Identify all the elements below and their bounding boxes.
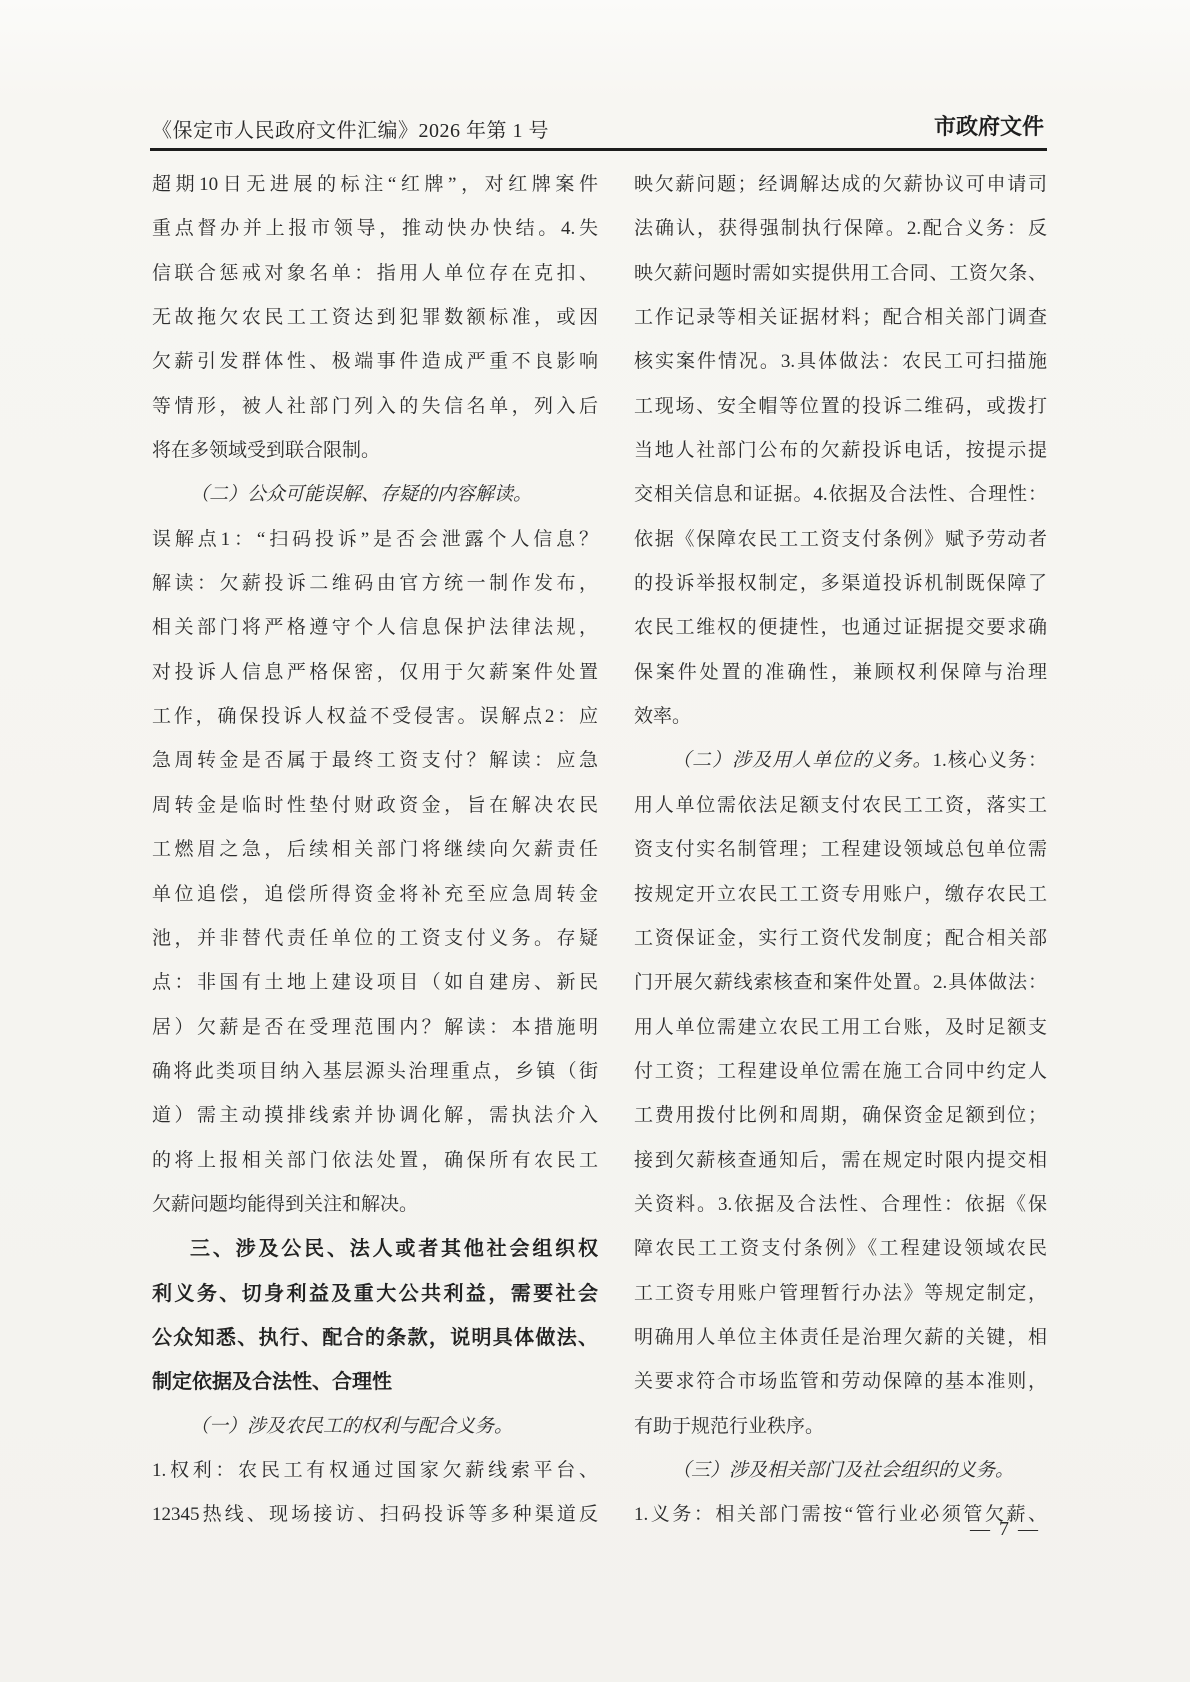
- text-run: 误解点1：“扫码投诉”是否会泄露个人信息？: [152, 529, 598, 550]
- text-run: 急周转金是否属于最终工资支付？解读：应急: [152, 750, 598, 771]
- text-run: （一）涉及农民工的权利与配合义务。: [190, 1416, 513, 1437]
- text-run: 周转金是临时性垫付财政资金，旨在解决农民: [152, 795, 598, 816]
- text-line: 工资保证金，实行工资代发制度；配合相关部: [634, 917, 1047, 961]
- text-run: 1.权利：农民工有权通过国家欠薪线索平台、: [152, 1460, 598, 1481]
- text-run: 欠薪引发群体性、极端事件造成严重不良影响: [152, 351, 598, 372]
- page-number: — 7 —: [970, 1518, 1040, 1541]
- text-run: 制定依据及合法性、合理性: [152, 1371, 392, 1393]
- text-line: 三、涉及公民、法人或者其他社会组织权: [152, 1227, 598, 1271]
- text-line: 关要求符合市场监管和劳动保障的基本准则，: [634, 1360, 1047, 1404]
- text-run: 有助于规范行业秩序。: [634, 1416, 824, 1437]
- text-run: 的投诉举报权制定，多渠道投诉机制既保障了: [634, 573, 1047, 594]
- text-run: 工工资专用账户管理暂行办法》等规定制定，: [634, 1283, 1047, 1304]
- text-run: 道）需主动摸排线索并协调化解，需执法介入: [152, 1105, 598, 1126]
- text-line: 信联合惩戒对象名单：指用人单位存在克扣、: [152, 252, 598, 296]
- text-run: 关资料。3.依据及合法性、合理性：依据《保: [634, 1194, 1047, 1215]
- text-line: 点：非国有土地上建设项目（如自建房、新民: [152, 961, 598, 1005]
- text-line: 重点督办并上报市领导，推动快办快结。4.失: [152, 207, 598, 251]
- header-rule: [150, 148, 1047, 151]
- text-run: 依据《保障农民工工资支付条例》赋予劳动者: [634, 529, 1047, 550]
- text-line: 付工资；工程建设单位需在施工合同中约定人: [634, 1050, 1047, 1094]
- text-run: 超期10日无进展的标注“红牌”，对红牌案件: [152, 174, 598, 195]
- text-line: 效率。: [634, 695, 1047, 739]
- text-run: 确将此类项目纳入基层源头治理重点，乡镇（街: [152, 1061, 598, 1082]
- text-run: 工作，确保投诉人权益不受侵害。误解点2：应: [152, 706, 598, 727]
- text-line: 法确认，获得强制执行保障。2.配合义务：反: [634, 207, 1047, 251]
- text-run: 信联合惩戒对象名单：指用人单位存在克扣、: [152, 263, 598, 284]
- text-line: 相关部门将严格遵守个人信息保护法律法规，: [152, 606, 598, 650]
- text-line: 单位追偿，追偿所得资金将补充至应急周转金: [152, 873, 598, 917]
- left-column: 超期10日无进展的标注“红牌”，对红牌案件重点督办并上报市领导，推动快办快结。4…: [152, 163, 598, 1538]
- text-line: 映欠薪问题时需如实提供用工合同、工资欠条、: [634, 252, 1047, 296]
- text-run: 核实案件情况。3.具体做法：农民工可扫描施: [634, 351, 1047, 372]
- text-line: （二）公众可能误解、存疑的内容解读。: [152, 473, 598, 517]
- text-run: 将在多领域受到联合限制。: [152, 440, 380, 461]
- text-line: 1.权利：农民工有权通过国家欠薪线索平台、: [152, 1449, 598, 1493]
- text-line: 工燃眉之急，后续相关部门将继续向欠薪责任: [152, 828, 598, 872]
- text-line: 确将此类项目纳入基层源头治理重点，乡镇（街: [152, 1050, 598, 1094]
- text-line: 利义务、切身利益及重大公共利益，需要社会: [152, 1272, 598, 1316]
- text-run: 付工资；工程建设单位需在施工合同中约定人: [634, 1061, 1047, 1082]
- text-run: 障农民工工资支付条例》《工程建设领域农民: [634, 1238, 1047, 1259]
- text-line: 工作，确保投诉人权益不受侵害。误解点2：应: [152, 695, 598, 739]
- text-line: 资支付实名制管理；工程建设领域总包单位需: [634, 828, 1047, 872]
- text-line: 欠薪引发群体性、极端事件造成严重不良影响: [152, 340, 598, 384]
- text-run: 农民工维权的便捷性，也通过证据提交要求确: [634, 617, 1047, 638]
- text-line: （一）涉及农民工的权利与配合义务。: [152, 1405, 598, 1449]
- text-run: 工燃眉之急，后续相关部门将继续向欠薪责任: [152, 839, 598, 860]
- text-run: 保案件处置的准确性，兼顾权利保障与治理: [634, 662, 1047, 683]
- text-run: 当地人社部门公布的欠薪投诉电话，按提示提: [634, 440, 1047, 461]
- text-run: 池，并非替代责任单位的工资支付义务。存疑: [152, 928, 598, 949]
- text-run: 工作记录等相关证据材料；配合相关部门调查: [634, 307, 1047, 328]
- text-run: 用人单位需建立农民工用工台账，及时足额支: [634, 1017, 1047, 1038]
- text-line: 解读：欠薪投诉二维码由官方统一制作发布，: [152, 562, 598, 606]
- text-run: 关要求符合市场监管和劳动保障的基本准则，: [634, 1371, 1047, 1392]
- text-run: 接到欠薪核查通知后，需在规定时限内提交相: [634, 1150, 1047, 1171]
- text-line: 按规定开立农民工工资专用账户，缴存农民工: [634, 873, 1047, 917]
- text-run: 映欠薪问题；经调解达成的欠薪协议可申请司: [634, 174, 1047, 195]
- text-run: 无故拖欠农民工工资达到犯罪数额标准，或因: [152, 307, 598, 328]
- text-run: 点：非国有土地上建设项目（如自建房、新民: [152, 972, 598, 993]
- text-line: 道）需主动摸排线索并协调化解，需执法介入: [152, 1094, 598, 1138]
- header-document-category: 市政府文件: [934, 110, 1044, 141]
- text-line: 对投诉人信息严格保密，仅用于欠薪案件处置: [152, 651, 598, 695]
- text-run: 解读：欠薪投诉二维码由官方统一制作发布，: [152, 573, 598, 594]
- text-run: 效率。: [634, 706, 691, 727]
- text-line: 工费用拨付比例和周期，确保资金足额到位；: [634, 1094, 1047, 1138]
- text-line: 欠薪问题均能得到关注和解决。: [152, 1183, 598, 1227]
- text-line: 用人单位需建立农民工用工台账，及时足额支: [634, 1006, 1047, 1050]
- text-line: 12345热线、现场接访、扫码投诉等多种渠道反: [152, 1493, 598, 1537]
- text-run: （二）涉及用人单位的义务。: [672, 750, 933, 771]
- text-line: 农民工维权的便捷性，也通过证据提交要求确: [634, 606, 1047, 650]
- text-run: 三、涉及公民、法人或者其他社会组织权: [190, 1238, 598, 1260]
- text-run: 12345热线、现场接访、扫码投诉等多种渠道反: [152, 1504, 598, 1525]
- text-run: 1.核心义务：: [933, 750, 1047, 771]
- text-run: （二）公众可能误解、存疑的内容解读。: [190, 484, 532, 505]
- text-run: 用人单位需依法足额支付农民工工资，落实工: [634, 795, 1047, 816]
- text-line: 制定依据及合法性、合理性: [152, 1360, 598, 1404]
- text-line: 接到欠薪核查通知后，需在规定时限内提交相: [634, 1139, 1047, 1183]
- right-column: 映欠薪问题；经调解达成的欠薪协议可申请司法确认，获得强制执行保障。2.配合义务：…: [634, 163, 1047, 1538]
- text-run: 居）欠薪是否在受理范围内？解读：本措施明: [152, 1017, 598, 1038]
- text-line: 保案件处置的准确性，兼顾权利保障与治理: [634, 651, 1047, 695]
- text-line: 工作记录等相关证据材料；配合相关部门调查: [634, 296, 1047, 340]
- text-run: 工现场、安全帽等位置的投诉二维码，或拨打: [634, 396, 1047, 417]
- text-line: （三）涉及相关部门及社会组织的义务。: [634, 1449, 1047, 1493]
- text-line: 用人单位需依法足额支付农民工工资，落实工: [634, 784, 1047, 828]
- text-run: 的将上报相关部门依法处置，确保所有农民工: [152, 1150, 598, 1171]
- text-run: 相关部门将严格遵守个人信息保护法律法规，: [152, 617, 598, 638]
- text-line: 有助于规范行业秩序。: [634, 1405, 1047, 1449]
- text-line: 的投诉举报权制定，多渠道投诉机制既保障了: [634, 562, 1047, 606]
- text-line: 居）欠薪是否在受理范围内？解读：本措施明: [152, 1006, 598, 1050]
- text-line: 核实案件情况。3.具体做法：农民工可扫描施: [634, 340, 1047, 384]
- text-run: 公众知悉、执行、配合的条款，说明具体做法、: [152, 1327, 598, 1349]
- text-run: 映欠薪问题时需如实提供用工合同、工资欠条、: [634, 263, 1047, 284]
- text-line: 工现场、安全帽等位置的投诉二维码，或拨打: [634, 385, 1047, 429]
- text-run: 按规定开立农民工工资专用账户，缴存农民工: [634, 884, 1047, 905]
- text-line: 映欠薪问题；经调解达成的欠薪协议可申请司: [634, 163, 1047, 207]
- text-run: 资支付实名制管理；工程建设领域总包单位需: [634, 839, 1047, 860]
- text-run: 工资保证金，实行工资代发制度；配合相关部: [634, 928, 1047, 949]
- text-run: 欠薪问题均能得到关注和解决。: [152, 1194, 418, 1215]
- text-run: 交相关信息和证据。4.依据及合法性、合理性：: [634, 484, 1047, 505]
- text-line: 池，并非替代责任单位的工资支付义务。存疑: [152, 917, 598, 961]
- text-run: 等情形，被人社部门列入的失信名单，列入后: [152, 396, 598, 417]
- text-line: 关资料。3.依据及合法性、合理性：依据《保: [634, 1183, 1047, 1227]
- text-line: 公众知悉、执行、配合的条款，说明具体做法、: [152, 1316, 598, 1360]
- text-line: 门开展欠薪线索核查和案件处置。2.具体做法：: [634, 961, 1047, 1005]
- text-line: 超期10日无进展的标注“红牌”，对红牌案件: [152, 163, 598, 207]
- text-line: 明确用人单位主体责任是治理欠薪的关键，相: [634, 1316, 1047, 1360]
- text-line: 周转金是临时性垫付财政资金，旨在解决农民: [152, 784, 598, 828]
- text-run: 工费用拨付比例和周期，确保资金足额到位；: [634, 1105, 1047, 1126]
- text-line: 交相关信息和证据。4.依据及合法性、合理性：: [634, 473, 1047, 517]
- header-compilation-title: 《保定市人民政府文件汇编》2026 年第 1 号: [152, 114, 549, 143]
- text-run: 门开展欠薪线索核查和案件处置。2.具体做法：: [634, 972, 1047, 993]
- text-run: 明确用人单位主体责任是治理欠薪的关键，相: [634, 1327, 1047, 1348]
- text-line: 误解点1：“扫码投诉”是否会泄露个人信息？: [152, 518, 598, 562]
- text-run: （三）涉及相关部门及社会组织的义务。: [672, 1460, 1014, 1481]
- text-line: 依据《保障农民工工资支付条例》赋予劳动者: [634, 518, 1047, 562]
- text-line: 障农民工工资支付条例》《工程建设领域农民: [634, 1227, 1047, 1271]
- text-line: 等情形，被人社部门列入的失信名单，列入后: [152, 385, 598, 429]
- text-line: 急周转金是否属于最终工资支付？解读：应急: [152, 739, 598, 783]
- text-line: 当地人社部门公布的欠薪投诉电话，按提示提: [634, 429, 1047, 473]
- text-run: 对投诉人信息严格保密，仅用于欠薪案件处置: [152, 662, 598, 683]
- text-line: 将在多领域受到联合限制。: [152, 429, 598, 473]
- text-run: 单位追偿，追偿所得资金将补充至应急周转金: [152, 884, 598, 905]
- text-line: 的将上报相关部门依法处置，确保所有农民工: [152, 1139, 598, 1183]
- text-line: 无故拖欠农民工工资达到犯罪数额标准，或因: [152, 296, 598, 340]
- text-line: 工工资专用账户管理暂行办法》等规定制定，: [634, 1272, 1047, 1316]
- text-line: （二）涉及用人单位的义务。1.核心义务：: [634, 739, 1047, 783]
- text-run: 利义务、切身利益及重大公共利益，需要社会: [152, 1283, 598, 1305]
- text-run: 重点督办并上报市领导，推动快办快结。4.失: [152, 218, 598, 239]
- text-run: 法确认，获得强制执行保障。2.配合义务：反: [634, 218, 1047, 239]
- document-page: 《保定市人民政府文件汇编》2026 年第 1 号 市政府文件 超期10日无进展的…: [0, 0, 1190, 1682]
